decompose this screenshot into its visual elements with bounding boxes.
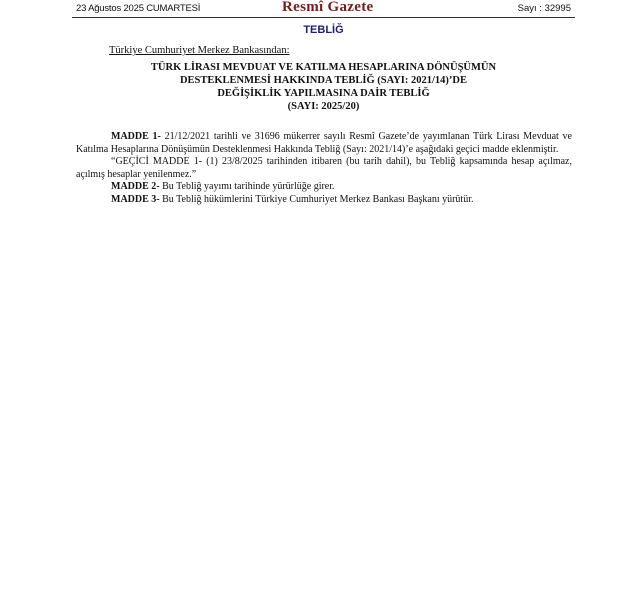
document-title: TÜRK LİRASI MEVDUAT VE KATILMA HESAPLARI… <box>72 61 575 113</box>
document-body: MADDE 1- 21/12/2021 tarihli ve 31696 mük… <box>76 131 572 206</box>
article-2: MADDE 2- Bu Tebliğ yayımı tarihinde yürü… <box>76 181 572 194</box>
document-title-line: DESTEKLENMESİ HAKKINDA TEBLİĞ (SAYI: 202… <box>72 74 575 87</box>
article-text: Bu Tebliğ hükümlerini Türkiye Cumhuriyet… <box>160 194 474 205</box>
document-title-line: (SAYI: 2025/20) <box>72 100 575 113</box>
article-1: MADDE 1- 21/12/2021 tarihli ve 31696 mük… <box>76 131 572 156</box>
article-text: “GEÇİCİ MADDE 1- (1) 23/8/2025 tarihinde… <box>76 156 572 180</box>
provisional-article: “GEÇİCİ MADDE 1- (1) 23/8/2025 tarihinde… <box>76 156 572 181</box>
article-label: MADDE 1- <box>111 131 161 142</box>
issue-number: Sayı : 32995 <box>518 3 571 14</box>
document-title-line: TÜRK LİRASI MEVDUAT VE KATILMA HESAPLARI… <box>72 61 575 74</box>
gazette-header: 23 Ağustos 2025 CUMARTESİ Resmî Gazete S… <box>72 0 575 18</box>
article-label: MADDE 2- <box>111 181 160 192</box>
publication-date: 23 Ağustos 2025 CUMARTESİ <box>76 3 200 14</box>
issuer-line: Türkiye Cumhuriyet Merkez Bankasından: <box>109 45 290 56</box>
document-title-line: DEĞİŞİKLİK YAPILMASINA DAİR TEBLİĞ <box>72 87 575 100</box>
section-heading: TEBLİĞ <box>72 24 575 36</box>
article-label: MADDE 3- <box>111 194 160 205</box>
gazette-page: 23 Ağustos 2025 CUMARTESİ Resmî Gazete S… <box>72 0 575 18</box>
article-3: MADDE 3- Bu Tebliğ hükümlerini Türkiye C… <box>76 194 572 207</box>
gazette-title: Resmî Gazete <box>282 0 373 16</box>
article-text: Bu Tebliğ yayımı tarihinde yürürlüğe gir… <box>160 181 335 192</box>
